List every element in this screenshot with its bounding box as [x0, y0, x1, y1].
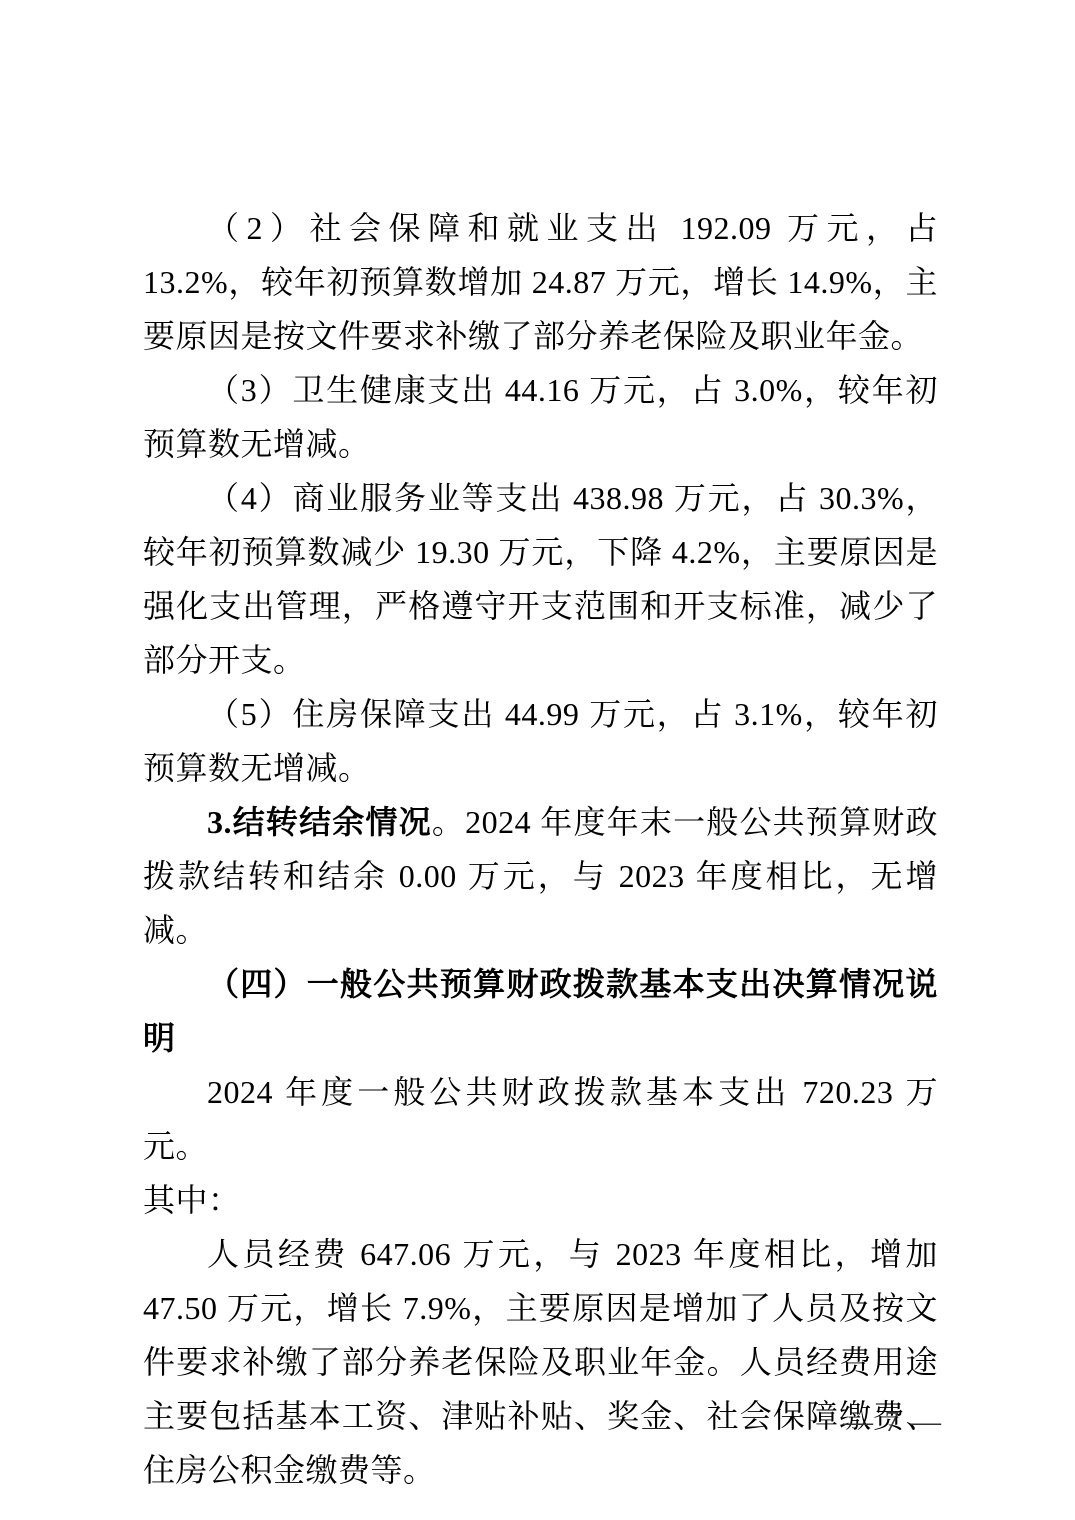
- text-segment: （2）社会保障和就业支出 192.09 万元，占 13.2%，较年初预算数增加 …: [143, 210, 938, 354]
- text-segment: 2024 年度一般公共财政拨款基本支出 720.23 万元。: [143, 1074, 938, 1164]
- text-segment: 人员经费 647.06 万元，与 2023 年度相比，增加 47.50 万元，增…: [143, 1236, 938, 1488]
- document-page: （2）社会保障和就业支出 192.09 万元，占 13.2%，较年初预算数增加 …: [0, 0, 1075, 1520]
- bold-text-segment: 3.结转结余情况: [207, 804, 432, 840]
- paragraph: 人员经费 647.06 万元，与 2023 年度相比，增加 47.50 万元，增…: [143, 1227, 938, 1497]
- text-segment: （5）住房保障支出 44.99 万元，占 3.1%，较年初预算数无增减。: [143, 696, 938, 786]
- paragraph: （4）商业服务业等支出 438.98 万元，占 30.3%，较年初预算数减少 1…: [143, 471, 938, 687]
- paragraph: 3.结转结余情况。2024 年度年末一般公共预算财政拨款结转和结余 0.00 万…: [143, 795, 938, 957]
- document-body: （2）社会保障和就业支出 192.09 万元，占 13.2%，较年初预算数增加 …: [143, 201, 938, 1497]
- bold-text-segment: （四）一般公共预算财政拨款基本支出决算情况说明: [143, 966, 938, 1056]
- text-segment: （3）卫生健康支出 44.16 万元，占 3.0%，较年初预算数无增减。: [143, 372, 938, 462]
- paragraph: （四）一般公共预算财政拨款基本支出决算情况说明: [143, 957, 938, 1065]
- paragraph: 其中：: [143, 1173, 938, 1227]
- paragraph: （5）住房保障支出 44.99 万元，占 3.1%，较年初预算数无增减。: [143, 687, 938, 795]
- paragraph: （3）卫生健康支出 44.16 万元，占 3.0%，较年初预算数无增减。: [143, 363, 938, 471]
- paragraph: （2）社会保障和就业支出 192.09 万元，占 13.2%，较年初预算数增加 …: [143, 201, 938, 363]
- paragraph: 2024 年度一般公共财政拨款基本支出 720.23 万元。: [143, 1065, 938, 1173]
- page-number: — 7 —: [143, 1402, 943, 1442]
- text-segment: 其中：: [143, 1182, 241, 1218]
- text-segment: （4）商业服务业等支出 438.98 万元，占 30.3%，较年初预算数减少 1…: [143, 480, 938, 678]
